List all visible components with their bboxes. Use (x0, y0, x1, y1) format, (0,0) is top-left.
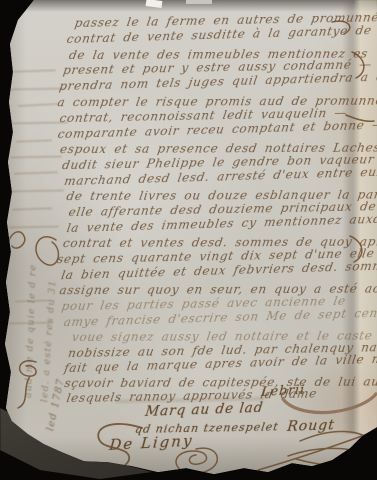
signature-right-name: Rougt (287, 418, 336, 434)
manuscript-page: passez le la ferme en autres de promunné… (0, 0, 377, 480)
notary-paraph-text: Lebrii (261, 384, 306, 399)
manuscript-line: sçavoir baviard de capitespée, ste de lu… (64, 376, 377, 390)
signature-left-name: De Ligny (109, 434, 194, 453)
manuscript-scan: passez le la ferme en autres de promunné… (0, 0, 377, 480)
